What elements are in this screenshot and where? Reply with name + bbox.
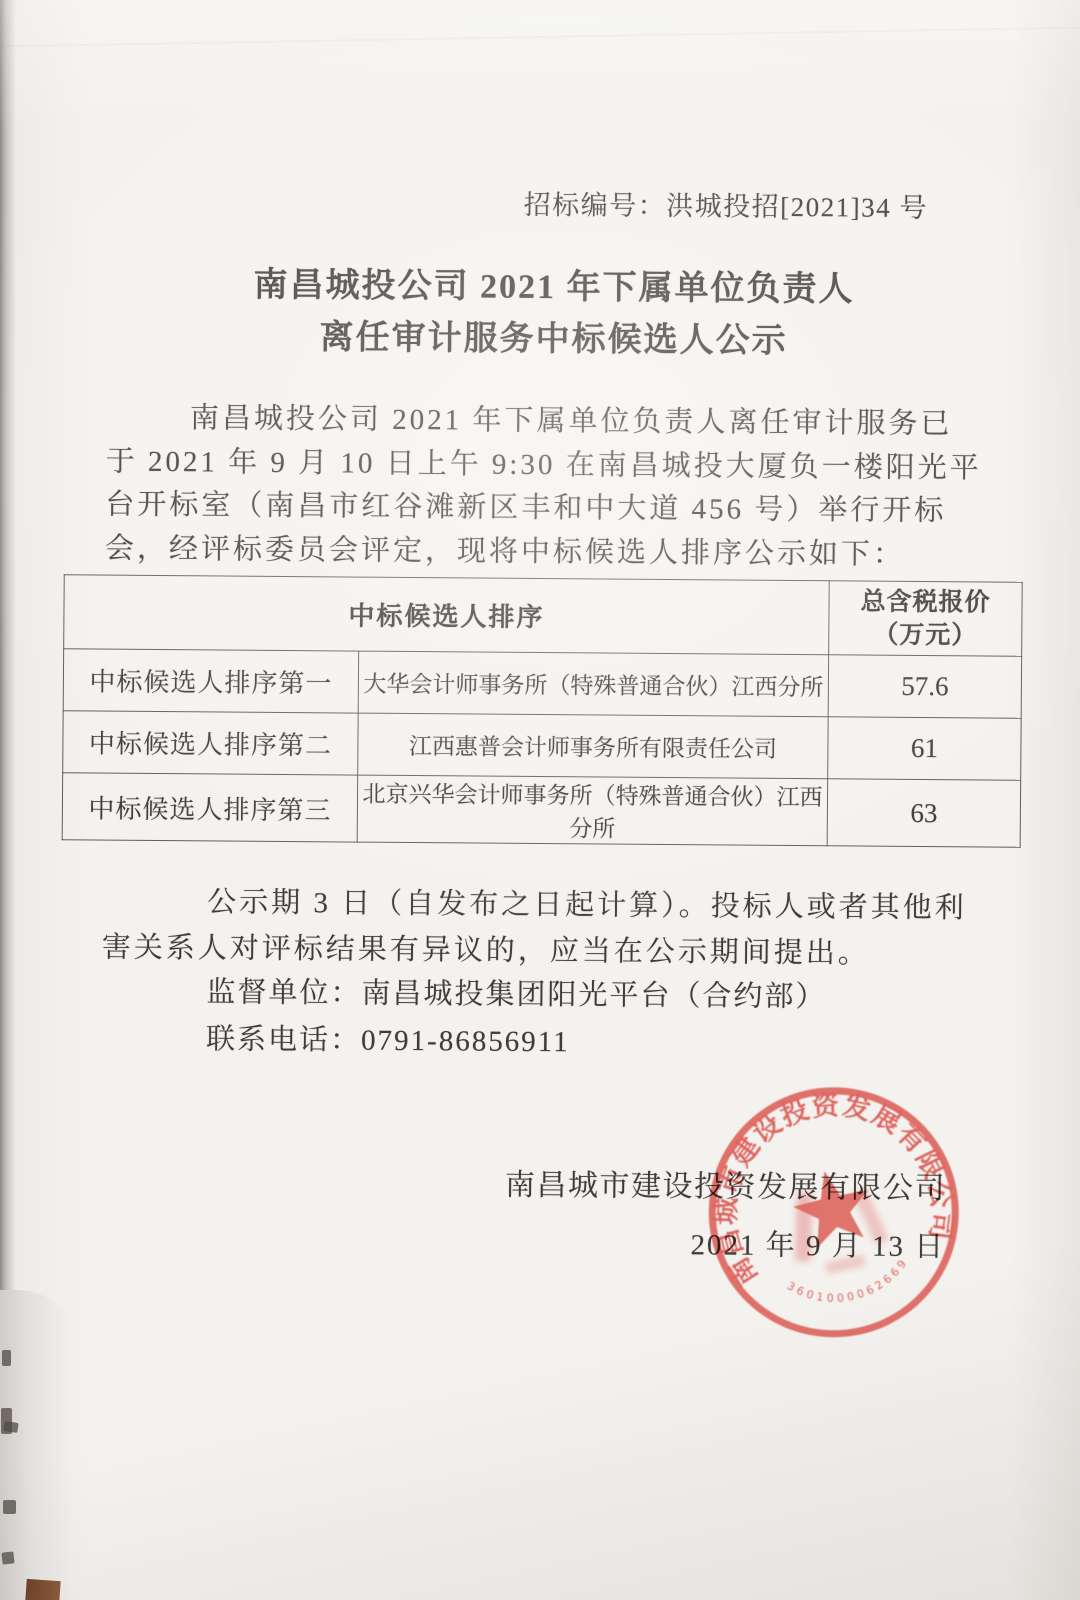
supervisor-line: 监督单位：南昌城投集团阳光平台（合约部） [206,969,826,1015]
table-row: 中标候选人排序第三 北京兴华会计师事务所（特殊普通合伙）江西分所 63 [62,773,1021,848]
contact-phone-line: 联系电话：0791-86856911 [206,1016,570,1060]
table-header-row: 中标候选人排序 总含税报价 （万元） [64,575,1023,657]
company-seal-stamp: 南昌城市建设投资发展有限公司 3601000062669 [676,1055,991,1370]
price-cell: 61 [828,717,1021,781]
title-line-1: 南昌城投公司 2021 年下属单位负责人 [124,259,984,318]
document-sheet: 招标编号：洪城投招[2021]34 号 南昌城投公司 2021 年下属单位负责人… [0,0,1080,1600]
table-row: 中标候选人排序第二 江西惠普会计师事务所有限责任公司 61 [63,711,1021,781]
company-cell: 江西惠普会计师事务所有限责任公司 [358,713,828,779]
scanned-document-photo: 招标编号：洪城投招[2021]34 号 南昌城投公司 2021 年下属单位负责人… [0,0,1080,1600]
body-line: 南昌城投公司 2021 年下属单位负责人离任审计服务已 [106,397,976,447]
header-price-line1: 总含税报价 [829,585,1021,620]
notice-line: 公示期 3 日（自发布之日起计算）。投标人或者其他利 [102,879,982,932]
price-cell: 63 [827,779,1021,848]
tender-number: 招标编号：洪城投招[2021]34 号 [524,183,929,225]
publicity-period-paragraph: 公示期 3 日（自发布之日起计算）。投标人或者其他利 害关系人对评标结果有异议的… [102,879,983,978]
company-cell: 大华会计师事务所（特殊普通合伙）江西分所 [358,651,828,717]
price-cell: 57.6 [828,655,1021,719]
header-price-line2: （万元） [829,618,1021,653]
body-line: 会，经评标委员会评定，现将中标候选人排序公示如下： [105,527,975,577]
rank-cell: 中标候选人排序第一 [63,649,358,713]
page-title: 南昌城投公司 2021 年下属单位负责人 离任审计服务中标候选人公示 [123,259,984,370]
body-paragraph: 南昌城投公司 2021 年下属单位负责人离任审计服务已 于 2021 年 9 月… [105,397,976,578]
rank-cell: 中标候选人排序第三 [62,773,358,842]
header-total-price: 总含税报价 （万元） [829,581,1023,657]
body-line: 台开标室（南昌市红谷滩新区丰和中大道 456 号）举行开标 [105,484,975,534]
candidate-ranking-table: 中标候选人排序 总含税报价 （万元） 中标候选人排序第一 大华会计师事务所（特殊… [62,574,1023,848]
body-line: 于 2021 年 9 月 10 日上午 9:30 在南昌城投大厦负一楼阳光平 [105,440,975,490]
header-candidate-ranking: 中标候选人排序 [64,575,830,655]
title-line-2: 离任审计服务中标候选人公示 [123,311,983,370]
table-row: 中标候选人排序第一 大华会计师事务所（特殊普通合伙）江西分所 57.6 [63,649,1021,719]
company-cell: 北京兴华会计师事务所（特殊普通合伙）江西分所 [357,775,828,846]
rank-cell: 中标候选人排序第二 [63,711,358,775]
